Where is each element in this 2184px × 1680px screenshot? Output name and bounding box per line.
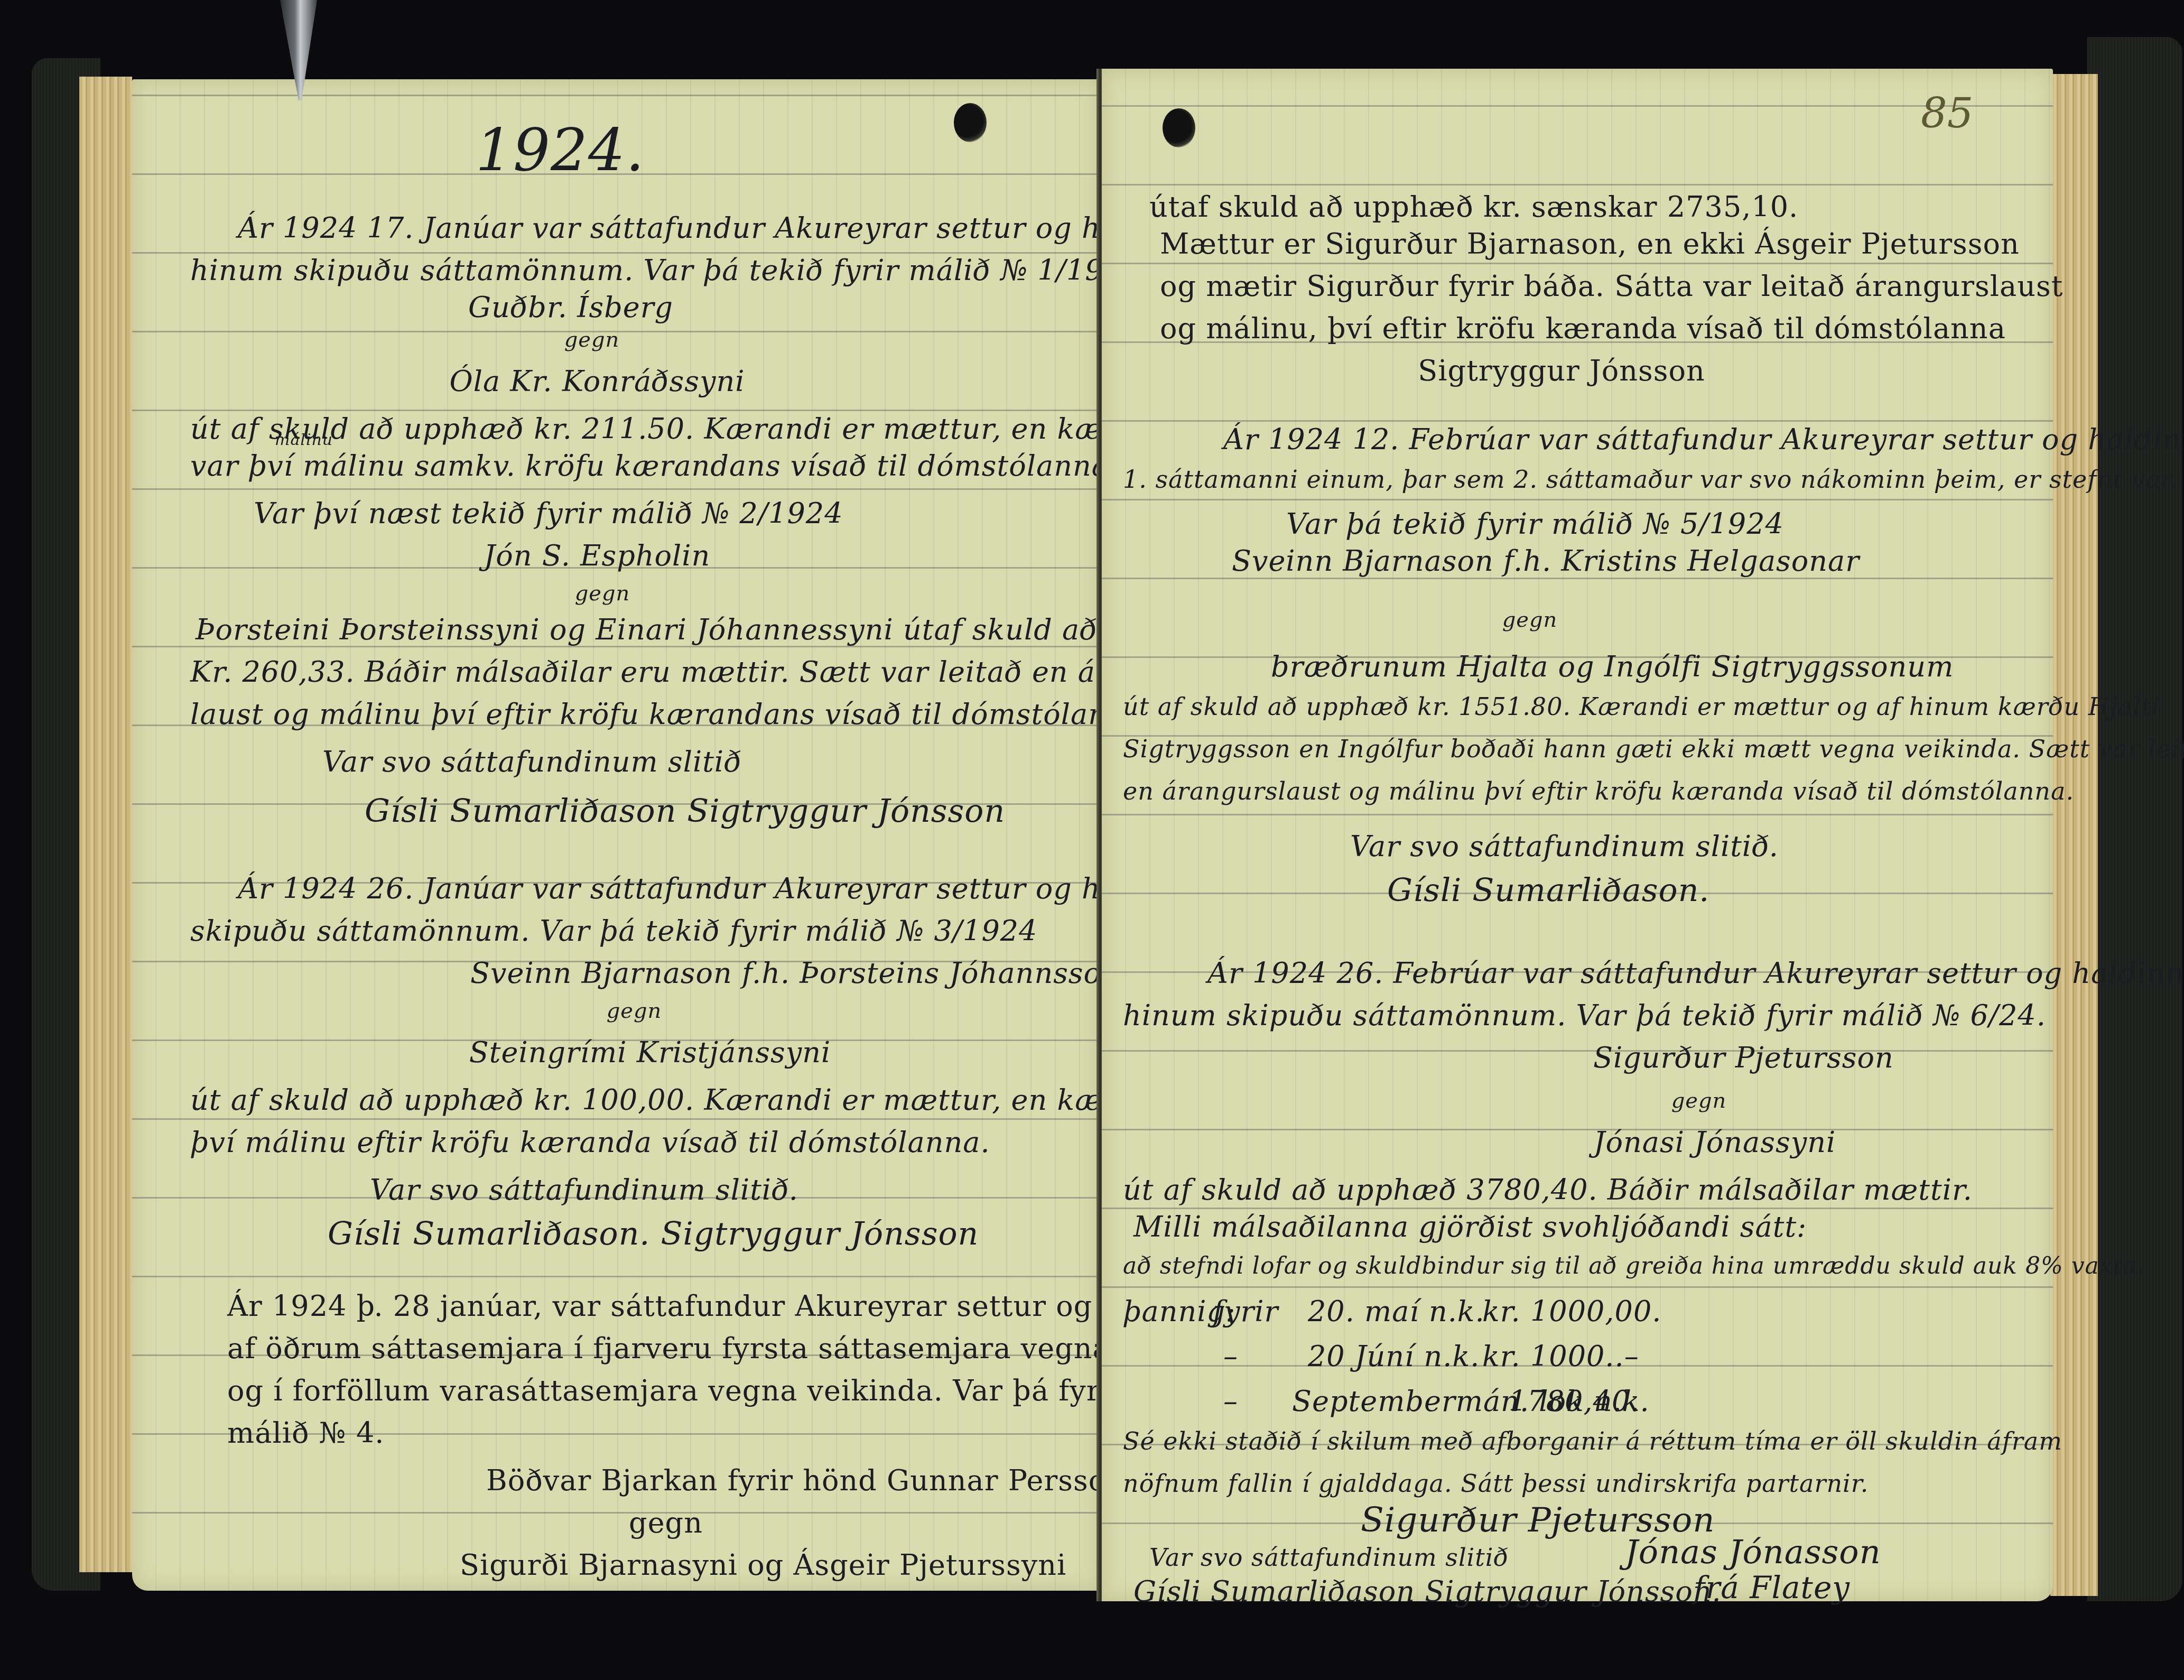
entry-5-line-6: en árangurslaust og málinu því eftir krö… bbox=[1123, 777, 2074, 805]
entry-1-interlinear-insert: málinu bbox=[275, 431, 333, 449]
payment-3-prefix: – bbox=[1223, 1385, 1238, 1418]
entry-5-closing: Var svo sáttafundinum slitið. bbox=[1350, 830, 1779, 863]
payment-2-prefix: – bbox=[1223, 1340, 1238, 1373]
entry-2-line-3: Kr. 260,33. Báðir málsaðilar eru mættir.… bbox=[190, 655, 1223, 689]
entry-6-closing: Var svo sáttafundinum slitið bbox=[1149, 1543, 1509, 1572]
entry-5-gegn: gegn bbox=[1502, 608, 1558, 632]
entry-5-plaintiff: Sveinn Bjarnason f.h. Kristins Helgasona… bbox=[1232, 544, 1860, 578]
entry-4-line-1: Ár 1924 þ. 28 janúar, var sáttafundur Ak… bbox=[227, 1289, 1214, 1323]
entry-6-line-3: út af skuld að upphæð 3780,40. Báðir mál… bbox=[1123, 1173, 1973, 1206]
payment-2-amount: kr. 1000..– bbox=[1482, 1340, 1639, 1373]
entry-5-line-2: 1. sáttamanni einum, þar sem 2. sáttamað… bbox=[1123, 465, 2179, 494]
entry-3-gegn: gegn bbox=[607, 999, 662, 1023]
entry-3-defendant: Steingrími Kristjánssyni bbox=[469, 1036, 831, 1069]
entry-3-signatures: Gísli Sumarliðason. Sigtryggur Jónsson bbox=[328, 1215, 979, 1252]
entry-4-cont-line-2: Mættur er Sigurður Bjarnason, en ekki Ás… bbox=[1160, 227, 2020, 261]
entry-1-line-4: var því málinu samkv. kröfu kærandans ví… bbox=[190, 449, 1119, 482]
entry-1-line-1: Ár 1924 17. Janúar var sáttafundur Akure… bbox=[238, 211, 1232, 245]
entry-1-plaintiff: Guðbr. Ísberg bbox=[468, 291, 673, 324]
entry-3-closing: Var svo sáttafundinum slitið. bbox=[370, 1173, 798, 1206]
entry-3-plaintiff: Sveinn Bjarnason f.h. Þorsteins Jóhannss… bbox=[470, 957, 1152, 990]
entry-6-line-5: að stefndi lofar og skuldbindur sig til … bbox=[1123, 1252, 2145, 1279]
entry-3-line-4: því málinu eftir kröfu kæranda vísað til… bbox=[190, 1126, 990, 1159]
entry-6-signatures: Gísli Sumarliðason Sigtryggur Jónsson. bbox=[1133, 1575, 1722, 1608]
entry-2-signatures: Gísli Sumarliðason Sigtryggur Jónsson bbox=[365, 793, 1005, 830]
entry-4-cont-line-1: útaf skuld að upphæð kr. sænskar 2735,10… bbox=[1149, 190, 1798, 224]
entry-2-line-1: Var því næst tekið fyrir málið № 2/1924 bbox=[254, 497, 843, 530]
entry-4-cont-line-3: og mætir Sigurður fyrir báða. Sátta var … bbox=[1160, 270, 2063, 303]
left-page: 1924. Ár 1924 17. Janúar var sáttafundur… bbox=[132, 79, 1099, 1591]
entry-6-defendant: Jónasi Jónassyni bbox=[1594, 1126, 1836, 1159]
entry-6-line-7: nöfnum fallin í gjalddaga. Sátt þessi un… bbox=[1123, 1469, 1869, 1498]
entry-6-line-6: Sé ekki staðið í skilum með afborganir á… bbox=[1123, 1427, 2062, 1455]
entry-5-line-4: út af skuld að upphæð kr. 1551.80. Kæran… bbox=[1123, 692, 2160, 721]
entry-4-gegn: gegn bbox=[629, 1506, 703, 1539]
entry-6-line-4: Milli málsaðilanna gjörðist svohljóðandi… bbox=[1133, 1210, 1807, 1243]
payment-3-amount: 1780,40. bbox=[1509, 1385, 1640, 1418]
entry-4-plaintiff: Böðvar Bjarkan fyrir hönd Gunnar Persson bbox=[486, 1464, 1125, 1497]
entry-4-cont-signature: Sigtryggur Jónsson bbox=[1418, 354, 1705, 387]
entry-6-plaintiff: Sigurður Pjetursson bbox=[1593, 1041, 1894, 1074]
entry-5-line-3: Var þá tekið fyrir málið № 5/1924 bbox=[1286, 507, 1784, 541]
entry-6-line-2: hinum skipuðu sáttamönnum. Var þá tekið … bbox=[1123, 999, 2046, 1032]
entry-1-line-2: hinum skipuðu sáttamönnum. Var þá tekið … bbox=[190, 254, 1141, 287]
entry-2-plaintiff: Jón S. Espholin bbox=[484, 539, 711, 572]
entry-1-gegn: gegn bbox=[564, 328, 620, 352]
entry-5-line-5: Sigtryggsson en Ingólfur boðaði hann gæt… bbox=[1123, 735, 2184, 763]
entry-2-gegn: gegn bbox=[575, 581, 630, 606]
right-page: 85 útaf skuld að upphæð kr. sænskar 2735… bbox=[1102, 69, 2053, 1601]
payment-1-date: 20. maí n.k. bbox=[1308, 1295, 1485, 1328]
payment-1-amount: kr. 1000,00. bbox=[1482, 1295, 1661, 1328]
entry-5-defendants: bræðrunum Hjalta og Ingólfi Sigtryggsson… bbox=[1271, 650, 1954, 683]
entry-2-line-2: Þorsteini Þorsteinssyni og Einari Jóhann… bbox=[196, 613, 1228, 646]
entry-5-line-1: Ár 1924 12. Febrúar var sáttafundur Akur… bbox=[1223, 423, 2184, 456]
payment-1-prefix: fyrir bbox=[1213, 1295, 1278, 1328]
entry-4-line-4: málið № 4. bbox=[227, 1416, 384, 1450]
entry-6-line-1: Ár 1924 26. Febrúar var sáttafundur Akur… bbox=[1207, 957, 2184, 990]
entry-6-gegn: gegn bbox=[1671, 1089, 1727, 1113]
page-edges-left bbox=[79, 77, 132, 1572]
right-page-text: útaf skuld að upphæð kr. sænskar 2735,10… bbox=[1102, 69, 2053, 1601]
entry-1-defendant: Óla Kr. Konráðssyni bbox=[449, 365, 745, 398]
entry-2-closing: Var svo sáttafundinum slitið bbox=[322, 745, 742, 778]
entry-4-cont-line-4: og málinu, því eftir kröfu kæranda vísað… bbox=[1160, 312, 2006, 345]
party-signature-2: Jónas Jónasson bbox=[1625, 1533, 1881, 1571]
entry-2-line-4: laust og málinu því eftir kröfu kærandan… bbox=[190, 698, 1153, 731]
left-page-text: 1924. Ár 1924 17. Janúar var sáttafundur… bbox=[132, 79, 1099, 1591]
entry-4-defendants: Sigurði Bjarnasyni og Ásgeir Pjeturssyni bbox=[460, 1548, 1066, 1582]
entry-4-line-3: og í forföllum varasáttasemjara vegna ve… bbox=[227, 1374, 1199, 1407]
book-cover-right bbox=[2087, 37, 2182, 1601]
entry-5-signature: Gísli Sumarliðason. bbox=[1387, 872, 1709, 909]
year-heading: 1924. bbox=[476, 116, 645, 184]
payment-2-date: 20 Júní n.k. bbox=[1308, 1340, 1480, 1373]
entry-3-line-2: skipuðu sáttamönnum. Var þá tekið fyrir … bbox=[190, 914, 1037, 948]
